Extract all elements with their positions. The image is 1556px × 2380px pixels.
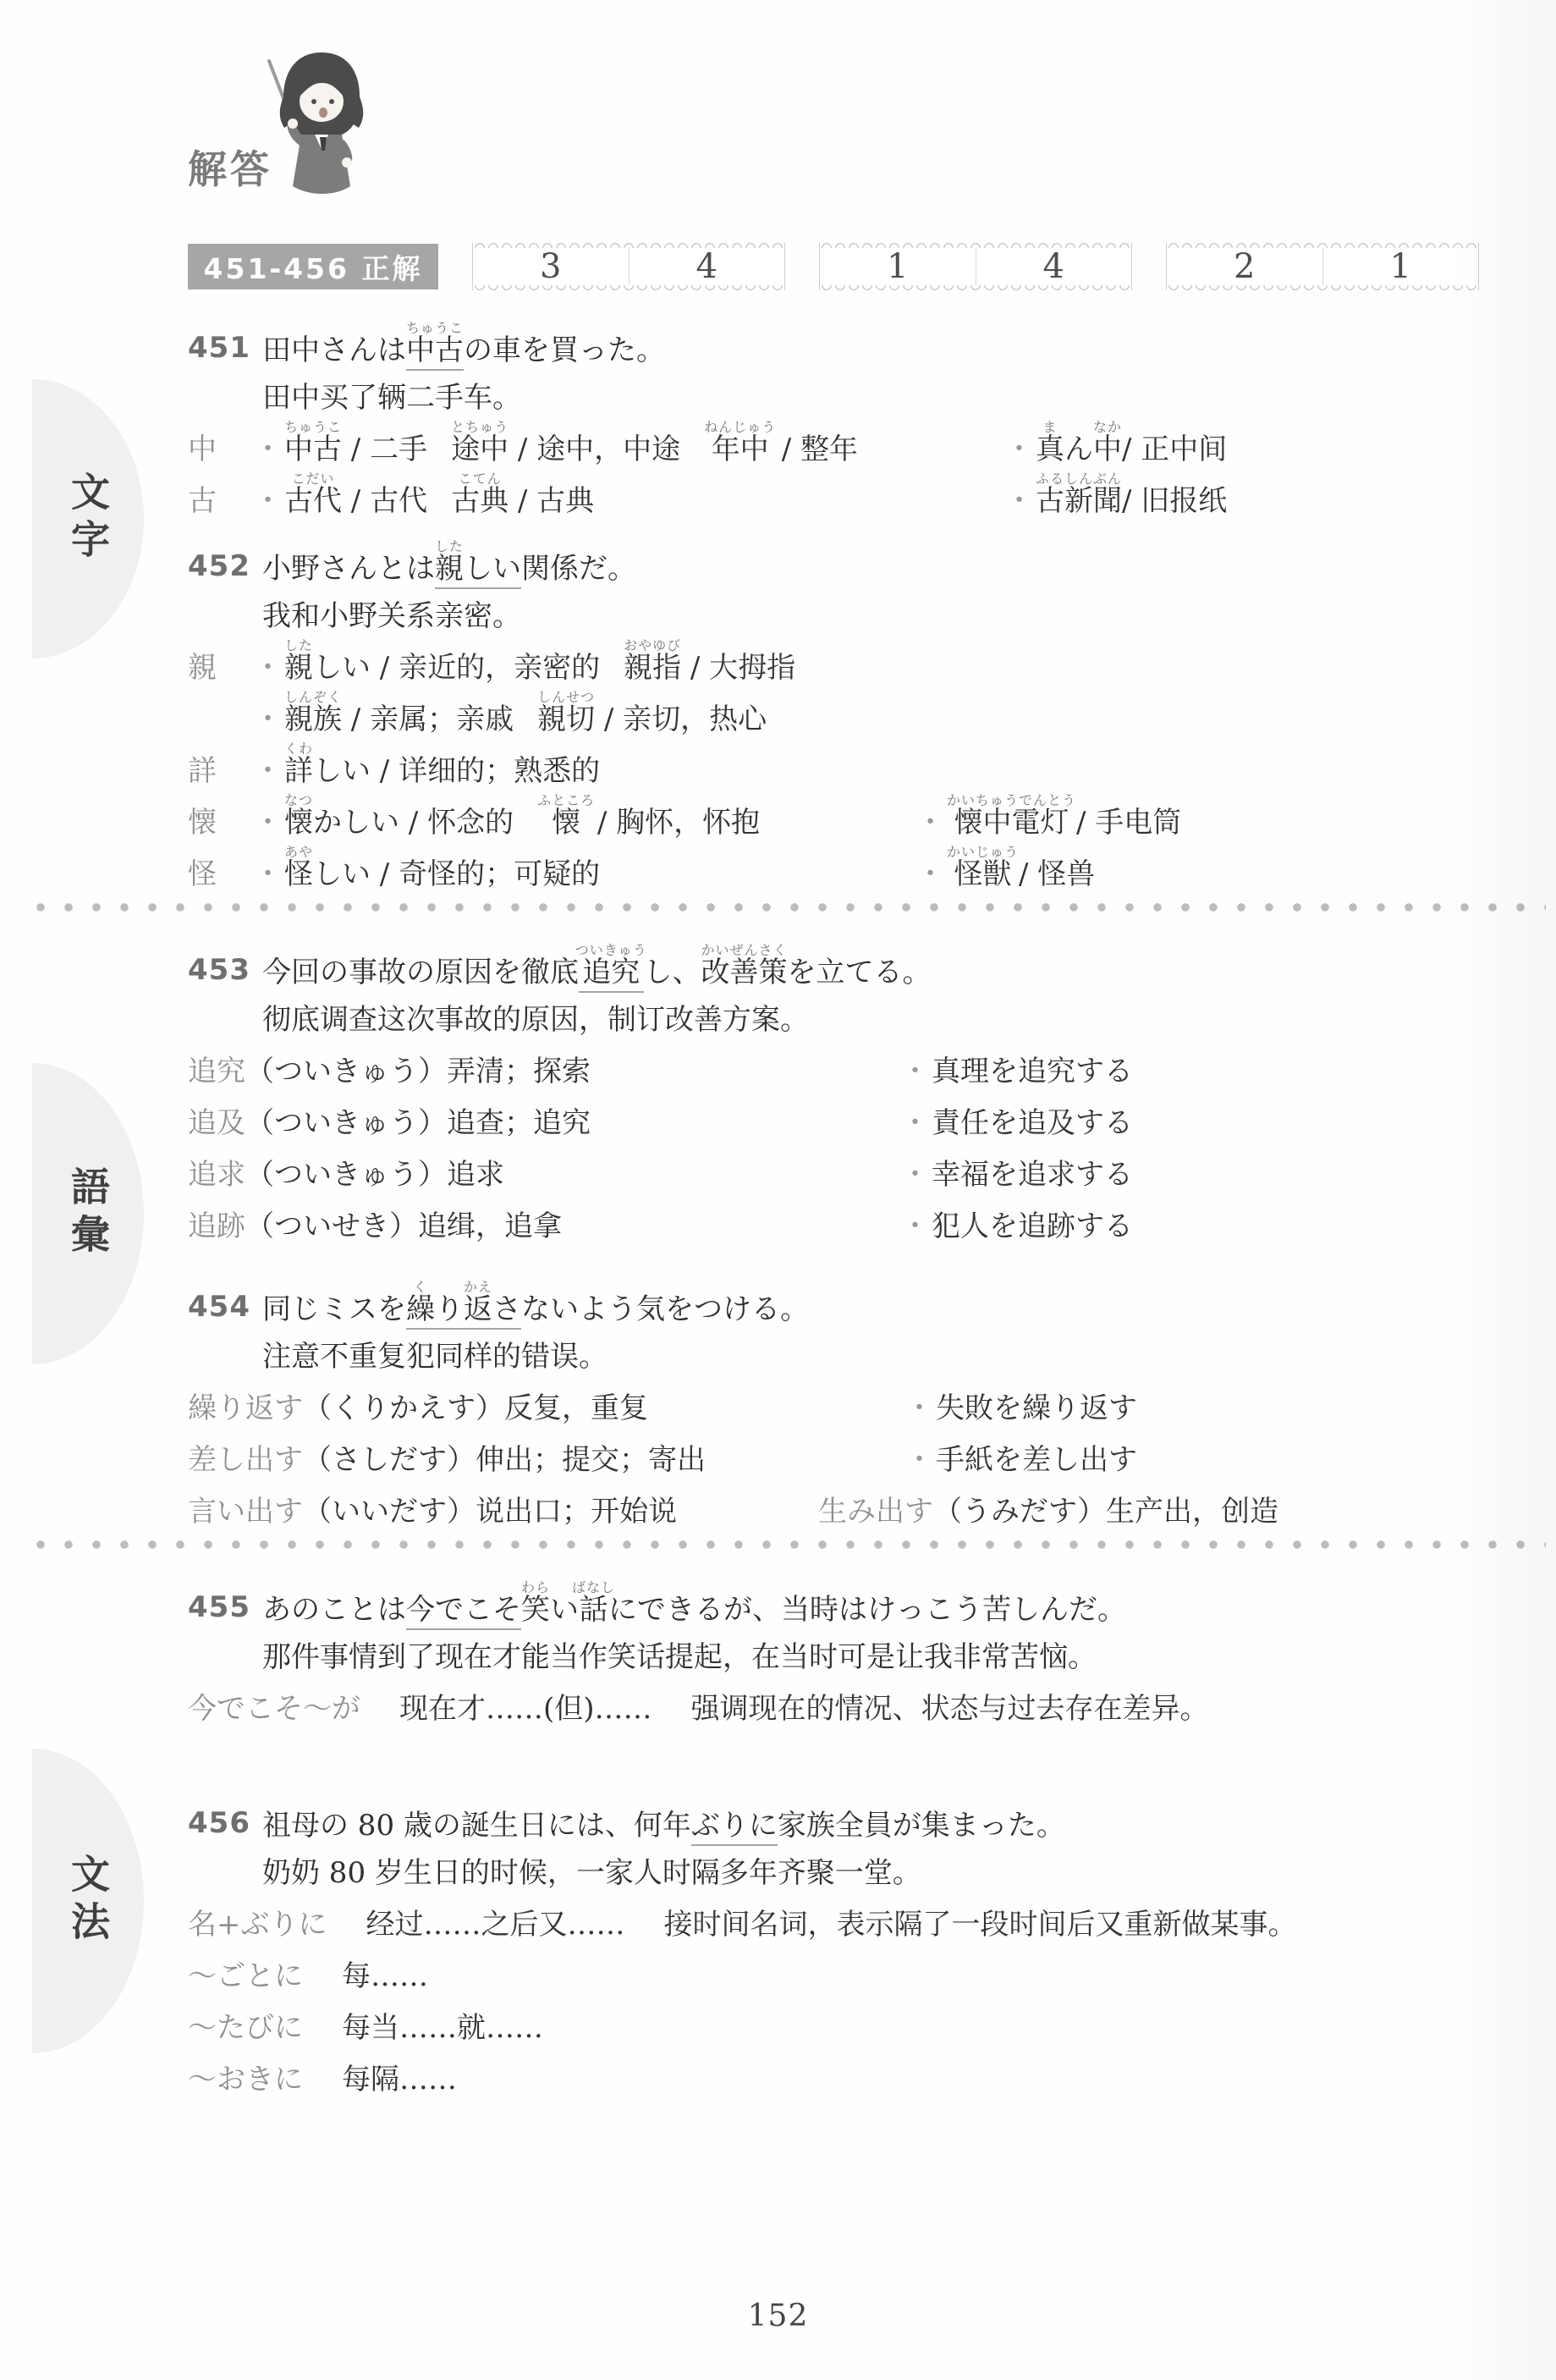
vocab-line: ～おきに每隔…… [188, 2046, 1491, 2097]
item-bullet: ・ [251, 477, 284, 519]
ruby-base: 真 [1036, 432, 1064, 466]
questions: 451田中さんは中古ちゅうこの車を買った。田中买了辆二手车。中・中古ちゅうこ /… [188, 311, 1491, 2097]
question-452: 452小野さんとは親したしい関係だ。我和小野关系亲密。親・親したしい / 亲近的… [188, 529, 1491, 892]
kanji-label: 懐 [188, 799, 251, 840]
vocab-entry: 追跡（ついせき）追缉，追拿 [188, 1203, 562, 1244]
vocab-line: 懐・懐なつかしい / 怀念的懐ふところ / 胸怀，怀抱・懐中電灯かいちゅうでんと… [188, 789, 1491, 840]
furigana: こだい [284, 471, 342, 487]
vocab-example: ・真まん中なか / 正中间 [1003, 419, 1227, 467]
vocab-line: 追跡（ついせき）追缉，追拿・犯人を追跡する [188, 1193, 1491, 1244]
question-sentence: 同じミスを繰くり返かえさないよう気をつける。 [262, 1279, 809, 1327]
ruby-word: 懐なつ [284, 806, 313, 840]
ruby-base: 親指 [624, 651, 681, 685]
text-segment: 名+ぶりに [188, 1908, 327, 1942]
vocab-entry: 親したしい / 亲近的，亲密的 [284, 637, 600, 686]
question-number: 452 [188, 549, 262, 587]
vocab-entry: 每当……就…… [342, 2004, 543, 2046]
text-segment: 每隔…… [342, 2063, 457, 2096]
ruby-word: 話ばなし [579, 1593, 608, 1627]
text-segment: 幸福を追求する [932, 1151, 1133, 1193]
page-content: 解答 451-456 正解 [188, 44, 1491, 2107]
furigana: ちゅうこ [284, 419, 342, 435]
text-segment: ～ごとに [188, 1959, 303, 1993]
item-bullet: ・ [914, 851, 947, 892]
vocab-example: ・責任を追及する [899, 1099, 1133, 1141]
kanji-label: 古 [188, 477, 251, 519]
vocab-entry: 詳くわしい / 详细的；熟悉的 [284, 741, 600, 789]
chinese-translation: 我和小野关系亲密。 [262, 587, 1491, 634]
vocab-entry: 繰り返す（くりかえす）反复，重复 [188, 1385, 648, 1426]
vocab-entry: 接时间名词，表示隔了一段时间后又重新做某事。 [664, 1901, 1297, 1942]
vocab-line: ～たびに每当……就…… [188, 1994, 1491, 2046]
dotted-separator [27, 902, 1546, 912]
text-segment: （ついきゅう）追查；追究 [245, 1106, 591, 1140]
vocab-entry: 追及（ついきゅう）追查；追究 [188, 1099, 591, 1141]
sidebar-tab-label: 語彙 [60, 1166, 116, 1261]
question-number: 456 [188, 1806, 262, 1843]
question-sentence-line: 452小野さんとは親したしい関係だ。 [188, 529, 1491, 587]
vocab-entry: 懐なつかしい / 怀念的 [284, 792, 514, 840]
ruby-base: 途中 [451, 432, 509, 466]
target-word: 親した [435, 552, 464, 589]
text-segment: / 途中，中途 [509, 432, 680, 466]
ruby-base: 中 [1093, 432, 1122, 466]
item-bullet: ・ [899, 1048, 932, 1089]
text-segment: を立てる。 [788, 956, 932, 989]
textbook-page: 文字 語彙 文法 解答 [0, 0, 1556, 2380]
item-bullet: ・ [1003, 426, 1036, 467]
vocab-line: 差し出す（さしだす）伸出；提交；寄出・手紙を差し出す [188, 1426, 1491, 1478]
ruby-word: 年中ねんじゅう [704, 432, 773, 466]
furigana: わら [521, 1579, 550, 1595]
text-segment: あのことは [262, 1593, 406, 1627]
text-segment: し、 [644, 956, 701, 989]
teacher-girl-illustration [254, 44, 389, 205]
text-segment: 祖母の 80 歳の誕生日には、何年 [262, 1809, 691, 1843]
vocab-entry: 親指おやゆび / 大拇指 [624, 637, 795, 686]
question-number: 453 [188, 953, 262, 990]
text-segment: 每…… [342, 1959, 428, 1993]
ruby-base: 繰 [406, 1292, 435, 1326]
vocab-line: 名+ぶりに经过……之后又……接时间名词，表示隔了一段时间后又重新做某事。 [188, 1891, 1491, 1942]
target-word: 返かえ [464, 1292, 492, 1330]
ruby-word: 改善策かいぜんさく [701, 956, 788, 989]
text-segment: 强调现在的情况、状态与过去存在差异。 [691, 1692, 1209, 1726]
question-sentence-line: 455あのことは今でこそ笑わらい話ばなしにできるが、当時はけっこう苦しんだ。 [188, 1570, 1491, 1628]
vocab-example: ・怪獣かいじゅう / 怪兽 [914, 844, 1095, 892]
chinese-translation: 奶奶 80 岁生日的时候，一家人时隔多年齐聚一堂。 [262, 1843, 1491, 1891]
text-segment: ～おきに [188, 2063, 303, 2096]
answer-cell: 4 [976, 243, 1132, 290]
vocab-entry: 年中ねんじゅう / 整年 [704, 419, 858, 467]
vocab-line: ～ごとに每…… [188, 1942, 1491, 1994]
text-segment: 追跡 [188, 1209, 245, 1243]
vocab-entry: 中古ちゅうこ / 二手 [284, 419, 427, 467]
text-segment: 今回の事故の原因を徹底 [262, 956, 579, 989]
ruby-base: 懐 [284, 806, 313, 840]
ruby-base: 年中 [704, 432, 776, 466]
answer-range-badge: 451-456 正解 [188, 244, 438, 289]
sidebar-tab-bunpo: 文法 [32, 1749, 144, 2053]
text-segment: 差し出す [188, 1443, 303, 1477]
item-bullet: ・ [251, 747, 284, 789]
ruby-word: 親切しんせつ [537, 702, 595, 736]
ruby-word: 怪あや [284, 857, 313, 891]
answer-box-group-2: 1 4 [819, 243, 1132, 290]
answer-strip: 451-456 正解 3 4 1 4 2 1 [188, 241, 1491, 292]
furigana: かえ [464, 1279, 492, 1295]
sidebar-tab-label: 文法 [60, 1854, 116, 1948]
question-454: 454同じミスを繰くり返かえさないよう気をつける。注意不重复犯同样的错误。繰り返… [188, 1270, 1491, 1529]
sidebar-tab-label: 文字 [60, 471, 116, 566]
target-word: しい [464, 552, 521, 589]
vocab-entry: 经过……之后又…… [366, 1901, 625, 1942]
text-segment: 失敗を繰り返す [936, 1385, 1137, 1426]
item-bullet: ・ [899, 1203, 932, 1244]
text-segment: 追及 [188, 1106, 245, 1140]
text-segment: しい / 亲近的，亲密的 [313, 651, 600, 685]
answer-cell: 1 [1322, 243, 1479, 290]
question-sentence: 今回の事故の原因を徹底追究ついきゅうし、改善策かいぜんさくを立てる。 [262, 942, 932, 990]
text-segment: 接时间名词，表示隔了一段时间后又重新做某事。 [664, 1908, 1297, 1942]
question-sentence-line: 454同じミスを繰くり返かえさないよう気をつける。 [188, 1270, 1491, 1327]
text-segment: 犯人を追跡する [932, 1203, 1133, 1244]
question-number: 455 [188, 1590, 262, 1628]
question-sentence: あのことは今でこそ笑わらい話ばなしにできるが、当時はけっこう苦しんだ。 [262, 1579, 1126, 1628]
question-451: 451田中さんは中古ちゅうこの車を買った。田中买了辆二手车。中・中古ちゅうこ /… [188, 311, 1491, 519]
text-segment: かしい / 怀念的 [313, 806, 514, 840]
question-sentence-line: 456祖母の 80 歳の誕生日には、何年ぶりに家族全員が集まった。 [188, 1786, 1491, 1843]
text-segment: しい / 奇怪的；可疑的 [313, 857, 600, 891]
text-segment: 真理を追究する [932, 1048, 1133, 1089]
text-segment: （さしだす）伸出；提交；寄出 [303, 1443, 706, 1477]
ruby-word: 中なか [1093, 419, 1122, 467]
text-segment: （ついせき）追缉，追拿 [245, 1209, 562, 1243]
ruby-base: 怪 [284, 857, 313, 891]
hand [288, 118, 298, 129]
text-segment: / 正中间 [1122, 426, 1227, 467]
text-segment: / 亲切，热心 [595, 702, 767, 736]
vocab-entry: 差し出す（さしだす）伸出；提交；寄出 [188, 1436, 706, 1478]
answer-cell: 2 [1167, 243, 1322, 290]
item-bullet: ・ [899, 1151, 932, 1193]
vocab-entry: 每…… [342, 1953, 428, 1994]
text-segment: 追究 [188, 1055, 245, 1088]
furigana: ふるしんぶん [1036, 471, 1122, 487]
text-segment: 追求 [188, 1158, 245, 1192]
target-word: 中古ちゅうこ [406, 333, 464, 371]
chinese-translation: 那件事情到了现在才能当作笑话提起，在当时可是让我非常苦恼。 [262, 1628, 1491, 1675]
text-segment: 生み出す [818, 1488, 933, 1529]
ruby-word: 詳くわ [284, 754, 313, 788]
ruby-base: 親 [435, 552, 464, 586]
vocab-line: 古・古代こだい / 古代古典こてん / 古典・古新聞ふるしんぶん / 旧报纸 [188, 467, 1491, 519]
vocab-line: 言い出す（いいだす）说出口；开始说生み出す（うみだす）生产出，创造 [188, 1478, 1491, 1529]
answer-cell: 3 [473, 243, 629, 290]
vocab-entry: ～おきに [188, 2056, 303, 2097]
vocab-entry: 親族しんぞく / 亲属；亲戚 [284, 689, 514, 737]
vocab-entry: 追究（ついきゅう）弄清；探索 [188, 1048, 591, 1089]
vocab-line: 怪・怪あやしい / 奇怪的；可疑的・怪獣かいじゅう / 怪兽 [188, 840, 1491, 892]
furigana: ばなし [572, 1579, 615, 1595]
text-segment: / 亲属；亲戚 [342, 702, 514, 736]
furigana: おやゆび [624, 637, 681, 653]
item-bullet: ・ [251, 644, 284, 686]
vocab-entry: 古典こてん / 古典 [451, 471, 594, 519]
vocab-entry: ～たびに [188, 2004, 303, 2046]
text-segment: 同じミスを [262, 1292, 406, 1326]
furigana: かいぜんさく [701, 942, 788, 958]
ruby-word: 懐中電灯かいちゅうでんとう [947, 792, 1076, 840]
text-segment: / 古代 [342, 484, 427, 518]
target-word: さ [492, 1292, 521, 1330]
kanji-label: 親 [188, 644, 251, 686]
ruby-base: 親切 [537, 702, 595, 736]
text-segment: にできるが、当時はけっこう苦しんだ。 [608, 1593, 1126, 1627]
question-number: 454 [188, 1290, 262, 1327]
text-segment: 今でこそ～が [188, 1692, 360, 1726]
vocab-entry: 每隔…… [342, 2056, 457, 2097]
kanji-label: 詳 [188, 747, 251, 789]
vocab-entry: 親切しんせつ / 亲切，热心 [537, 689, 767, 737]
text-segment: （うみだす）生产出，创造 [933, 1488, 1278, 1529]
text-segment: / 旧报纸 [1122, 477, 1227, 519]
vocab-entry: 懐ふところ / 胸怀，怀抱 [537, 792, 760, 840]
question-456: 456祖母の 80 歳の誕生日には、何年ぶりに家族全員が集まった。奶奶 80 岁… [188, 1786, 1491, 2097]
furigana: しんぞく [284, 689, 342, 705]
text-segment: 每当……就…… [342, 2011, 543, 2045]
answer-box-group-1: 3 4 [472, 243, 785, 290]
text-segment: 手紙を差し出す [936, 1436, 1137, 1478]
question-sentence: 小野さんとは親したしい関係だ。 [262, 538, 636, 587]
ruby-base: 中古 [284, 432, 342, 466]
ruby-base: 古代 [284, 484, 342, 518]
vocab-entry: 怪あやしい / 奇怪的；可疑的 [284, 844, 600, 892]
item-bullet: ・ [914, 799, 947, 840]
vocab-example: ・古新聞ふるしんぶん / 旧报纸 [1003, 471, 1227, 519]
vocab-entry: 追求（ついきゅう）追求 [188, 1151, 504, 1193]
text-segment: / 怪兽 [1019, 851, 1095, 892]
furigana: なつ [284, 792, 313, 808]
ruby-base: 笑 [521, 1593, 550, 1627]
sidebar-tab-goi: 語彙 [32, 1063, 144, 1364]
target-word: 今でこそ [406, 1593, 521, 1630]
vocab-example: ・幸福を追求する [899, 1151, 1133, 1193]
vocab-entry: 强调现在的情况、状态与过去存在差异。 [691, 1685, 1209, 1727]
question-453: 453今回の事故の原因を徹底追究ついきゅうし、改善策かいぜんさくを立てる。彻底调… [188, 933, 1491, 1244]
text-segment: 田中さんは [262, 333, 406, 367]
ruby-word: 懐ふところ [537, 806, 588, 840]
target-word: 繰く [406, 1292, 435, 1330]
item-bullet: ・ [903, 1436, 936, 1478]
vocab-entry: 途中とちゅう / 途中，中途 [451, 419, 680, 467]
furigana: ちゅうこ [406, 320, 464, 336]
item-bullet: ・ [251, 799, 284, 840]
text-segment: / 整年 [773, 432, 858, 466]
furigana: ま [1036, 419, 1064, 435]
text-segment: 責任を追及する [932, 1099, 1133, 1141]
question-455: 455あのことは今でこそ笑わらい話ばなしにできるが、当時はけっこう苦しんだ。那件… [188, 1570, 1491, 1727]
kanji-label: 中 [188, 426, 251, 467]
furigana: した [435, 538, 464, 554]
vocab-line: 追及（ついきゅう）追查；追究・責任を追及する [188, 1089, 1491, 1141]
vocab-line: 追求（ついきゅう）追求・幸福を追求する [188, 1141, 1491, 1193]
text-segment: 现在才……(但)…… [399, 1692, 652, 1726]
furigana: ついきゅう [575, 942, 647, 958]
vocab-entry: 名+ぶりに [188, 1901, 327, 1942]
ruby-word: 笑わら [521, 1593, 550, 1627]
vocab-line: 今でこそ～が现在才……(但)……强调现在的情况、状态与过去存在差异。 [188, 1675, 1491, 1727]
text-segment: / 胸怀，怀抱 [588, 806, 760, 840]
question-sentence-line: 453今回の事故の原因を徹底追究ついきゅうし、改善策かいぜんさくを立てる。 [188, 933, 1491, 990]
ruby-base: 親 [284, 651, 313, 685]
text-segment: の車を買った。 [464, 333, 665, 367]
furigana: とちゅう [451, 419, 509, 435]
chinese-translation: 注意不重复犯同样的错误。 [262, 1327, 1491, 1375]
ruby-word: 親した [284, 651, 313, 685]
vocab-line: 繰り返す（くりかえす）反复，重复・失敗を繰り返す [188, 1375, 1491, 1426]
ruby-base: 古新聞 [1036, 484, 1122, 518]
ruby-word: 途中とちゅう [451, 432, 509, 466]
furigana: なか [1093, 419, 1122, 435]
furigana: ねんじゅう [704, 419, 776, 435]
item-bullet: ・ [1003, 477, 1036, 519]
kanji-label: 怪 [188, 851, 251, 892]
vocab-line: 追究（ついきゅう）弄清；探索・真理を追究する [188, 1038, 1491, 1089]
ruby-word: 親指おやゆび [624, 651, 681, 685]
answer-cell: 1 [820, 243, 976, 290]
text-segment: （ついきゅう）弄清；探索 [245, 1055, 591, 1088]
ruby-base: 詳 [284, 754, 313, 788]
question-number: 451 [188, 331, 262, 368]
vocab-entry: 现在才……(但)…… [399, 1685, 652, 1727]
ruby-word: 親族しんぞく [284, 702, 342, 736]
text-segment: 小野さんとは [262, 552, 435, 586]
ruby-base: 中古 [406, 333, 464, 367]
text-segment: （ついきゅう）追求 [245, 1158, 504, 1192]
furigana: こてん [451, 471, 509, 487]
text-segment: （くりかえす）反复，重复 [303, 1391, 648, 1425]
sidebar-tab-moji: 文字 [32, 379, 144, 658]
question-sentence-line: 451田中さんは中古ちゅうこの車を買った。 [188, 311, 1491, 368]
text-segment: 经过……之后又…… [366, 1908, 625, 1942]
ruby-base: 古典 [451, 484, 509, 518]
vocab-line: 中・中古ちゅうこ / 二手途中とちゅう / 途中，中途年中ねんじゅう / 整年・… [188, 416, 1491, 467]
text-segment: / 古典 [509, 484, 594, 518]
ruby-word: 怪獣かいじゅう [947, 844, 1019, 892]
item-bullet: ・ [899, 1099, 932, 1141]
ruby-word: 古新聞ふるしんぶん [1036, 471, 1122, 519]
item-bullet: ・ [251, 696, 284, 737]
furigana: ふところ [537, 792, 595, 808]
text-segment: （いいだす）说出口；开始说 [303, 1495, 677, 1529]
text-segment: しい / 详细的；熟悉的 [313, 754, 600, 788]
answer-box-group-3: 2 1 [1166, 243, 1479, 290]
text-segment: ないよう気をつける。 [521, 1292, 809, 1326]
answers-header: 解答 [188, 44, 1491, 218]
ruby-base: 怪獣 [947, 857, 1019, 891]
ruby-base: 懐 [537, 806, 595, 840]
ruby-base: 返 [464, 1292, 492, 1326]
furigana: あや [284, 844, 313, 860]
target-word: ぶりに [691, 1809, 778, 1846]
vocab-line: ・親族しんぞく / 亲属；亲戚親切しんせつ / 亲切，热心 [188, 686, 1491, 737]
chinese-translation: 田中买了辆二手车。 [262, 368, 1491, 416]
ruby-word: 真ま [1036, 419, 1064, 467]
furigana: かいちゅうでんとう [947, 792, 1076, 808]
target-word: り [435, 1292, 464, 1330]
vocab-entry: 古代こだい / 古代 [284, 471, 427, 519]
item-bullet: ・ [251, 851, 284, 892]
furigana: した [284, 637, 313, 653]
target-word: 追究ついきゅう [579, 956, 644, 993]
item-bullet: ・ [251, 426, 284, 467]
text-segment: / 手电筒 [1076, 799, 1181, 840]
text-segment: / 大拇指 [681, 651, 795, 685]
ruby-word: 古代こだい [284, 484, 342, 518]
answer-cell: 4 [629, 243, 785, 290]
vocab-example: ・犯人を追跡する [899, 1203, 1133, 1244]
chinese-translation: 彻底调查这次事故的原因，制订改善方案。 [262, 990, 1491, 1038]
vocab-example: ・懐中電灯かいちゅうでんとう / 手电筒 [914, 792, 1181, 840]
text-segment: 関係だ。 [521, 552, 636, 586]
item-bullet: ・ [903, 1385, 936, 1426]
vocab-line: 詳・詳くわしい / 详细的；熟悉的 [188, 737, 1491, 789]
question-sentence: 田中さんは中古ちゅうこの車を買った。 [262, 320, 665, 368]
dotted-separator [27, 1540, 1546, 1550]
text-segment: / 二手 [342, 432, 427, 466]
ruby-word: 中古ちゅうこ [284, 432, 342, 466]
text-segment: ん [1064, 426, 1093, 467]
vocab-entry: 言い出す（いいだす）说出口；开始说 [188, 1488, 677, 1529]
vocab-example: ・失敗を繰り返す [903, 1385, 1137, 1426]
ruby-base: 改善策 [701, 956, 788, 989]
ruby-base: 追究 [575, 956, 647, 989]
furigana: しんせつ [537, 689, 595, 705]
text-segment: 家族全員が集まった。 [778, 1809, 1065, 1843]
page-number: 152 [0, 2299, 1556, 2333]
text-segment: 言い出す [188, 1495, 303, 1529]
vocab-example: ・真理を追究する [899, 1048, 1133, 1089]
furigana: く [406, 1279, 435, 1295]
furigana: かいじゅう [947, 844, 1019, 860]
vocab-line: 親・親したしい / 亲近的，亲密的親指おやゆび / 大拇指 [188, 634, 1491, 686]
vocab-example: 生み出す（うみだす）生产出，创造 [818, 1488, 1278, 1529]
text-segment: ～たびに [188, 2011, 303, 2045]
vocab-example: ・手紙を差し出す [903, 1436, 1137, 1478]
ruby-word: 古典こてん [451, 484, 509, 518]
text-segment: 繰り返す [188, 1391, 303, 1425]
ruby-base: 懐中電灯 [947, 806, 1076, 840]
furigana: くわ [284, 741, 313, 757]
vocab-entry: ～ごとに [188, 1953, 303, 1994]
ruby-base: 親族 [284, 702, 342, 736]
question-sentence: 祖母の 80 歳の誕生日には、何年ぶりに家族全員が集まった。 [262, 1802, 1065, 1843]
vocab-entry: 今でこそ～が [188, 1685, 360, 1727]
